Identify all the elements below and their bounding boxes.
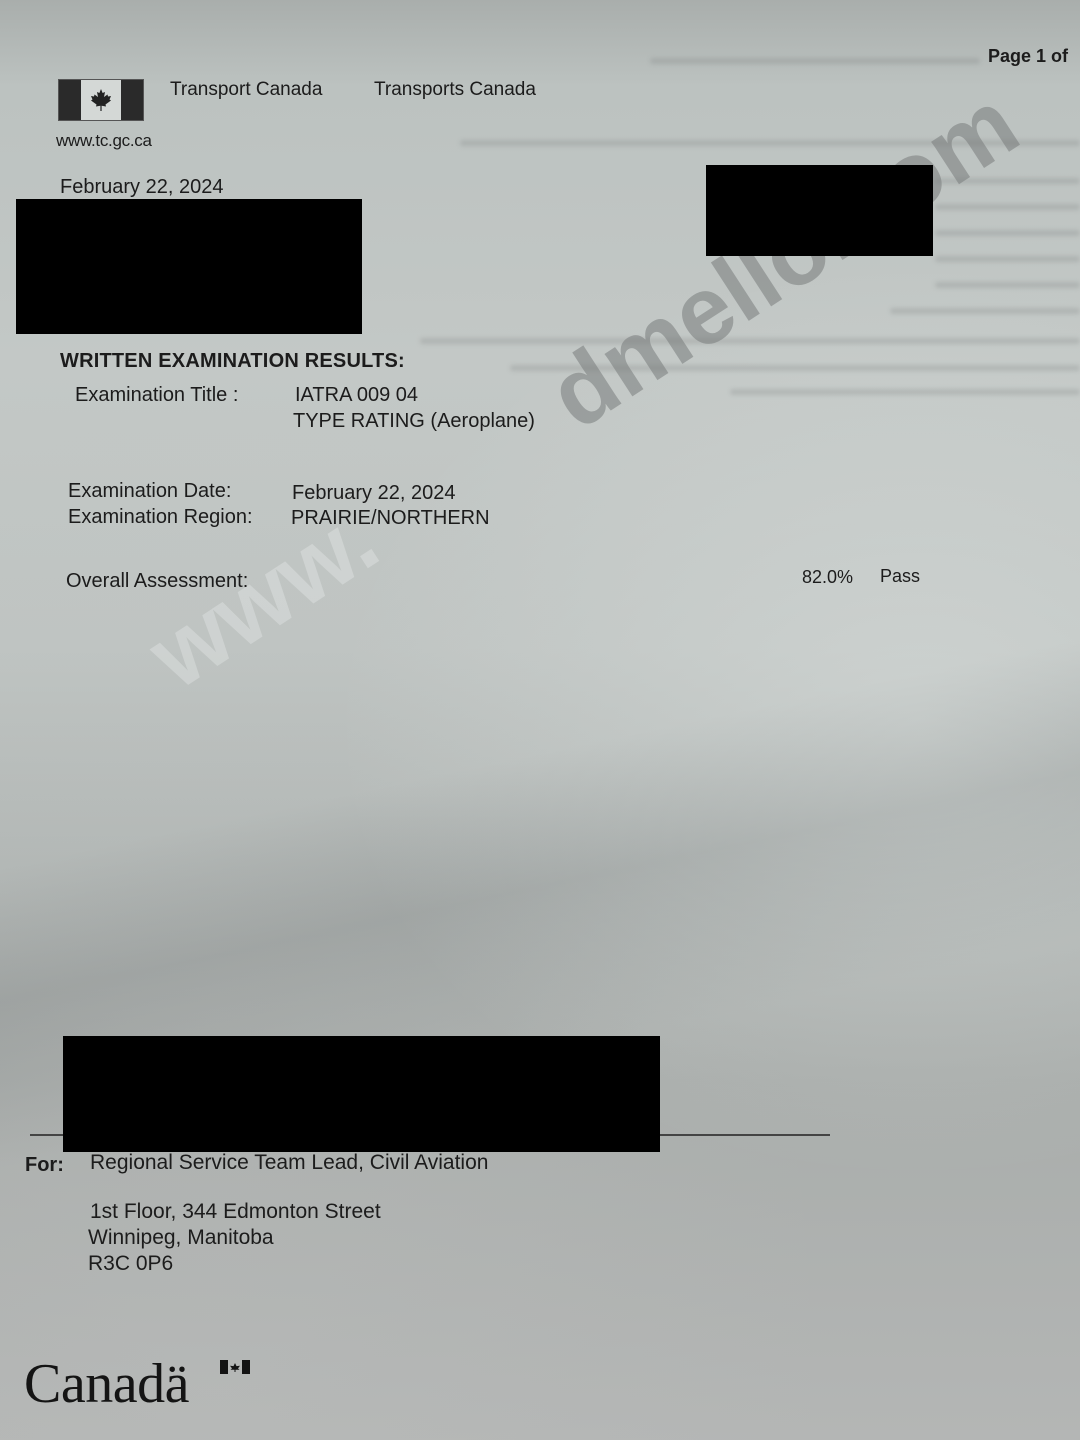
exam-title-name: TYPE RATING (Aeroplane) (293, 410, 535, 433)
canada-wordmark: Canadä (24, 1352, 189, 1416)
bleed-through-text (890, 308, 1080, 314)
bleed-through-text (935, 230, 1080, 236)
flag-left-bar (59, 80, 81, 120)
results-heading: WRITTEN EXAMINATION RESULTS: (60, 350, 405, 373)
exam-region-label: Examination Region: (68, 506, 253, 529)
exam-date-label: Examination Date: (68, 480, 231, 503)
address-line-1: 1st Floor, 344 Edmonton Street (90, 1200, 381, 1224)
bleed-through-text (460, 140, 1080, 146)
exam-title-code: IATRA 009 04 (295, 384, 418, 407)
redacted-reference-block (706, 165, 933, 256)
bleed-through-text (510, 365, 1080, 371)
department-name-en: Transport Canada (170, 79, 322, 101)
website-url: www.tc.gc.ca (56, 131, 152, 151)
address-line-2: Winnipeg, Manitoba (88, 1226, 274, 1250)
letter-date: February 22, 2024 (60, 176, 223, 199)
bleed-through-text (730, 389, 1080, 395)
wordmark-flag-left-bar (220, 1360, 228, 1374)
page-indicator: Page 1 of (988, 46, 1068, 67)
overall-assessment-label: Overall Assessment: (66, 570, 248, 593)
bleed-through-text (420, 338, 1080, 344)
overall-score: 82.0% (802, 567, 853, 588)
address-line-3: R3C 0P6 (88, 1252, 173, 1276)
maple-leaf-icon (81, 80, 121, 120)
bleed-through-text (650, 58, 980, 64)
exam-date-value: February 22, 2024 (292, 482, 455, 505)
wordmark-maple-leaf-icon (230, 1363, 240, 1372)
canada-flag-icon (58, 79, 144, 121)
bleed-through-text (935, 178, 1080, 184)
exam-region-value: PRAIRIE/NORTHERN (291, 507, 490, 530)
department-name-fr: Transports Canada (374, 79, 536, 101)
bleed-through-text (935, 204, 1080, 210)
redacted-recipient-address (16, 199, 362, 334)
redacted-signature (63, 1036, 660, 1152)
for-label: For: (25, 1154, 64, 1177)
wordmark-flag-right-bar (242, 1360, 250, 1374)
signatory-title: Regional Service Team Lead, Civil Aviati… (90, 1151, 488, 1175)
exam-title-label: Examination Title : (75, 384, 238, 407)
bleed-through-text (935, 256, 1080, 262)
overall-result: Pass (880, 566, 920, 587)
flag-right-bar (121, 80, 143, 120)
bleed-through-text (935, 282, 1080, 288)
wordmark-flag-icon (220, 1360, 250, 1374)
